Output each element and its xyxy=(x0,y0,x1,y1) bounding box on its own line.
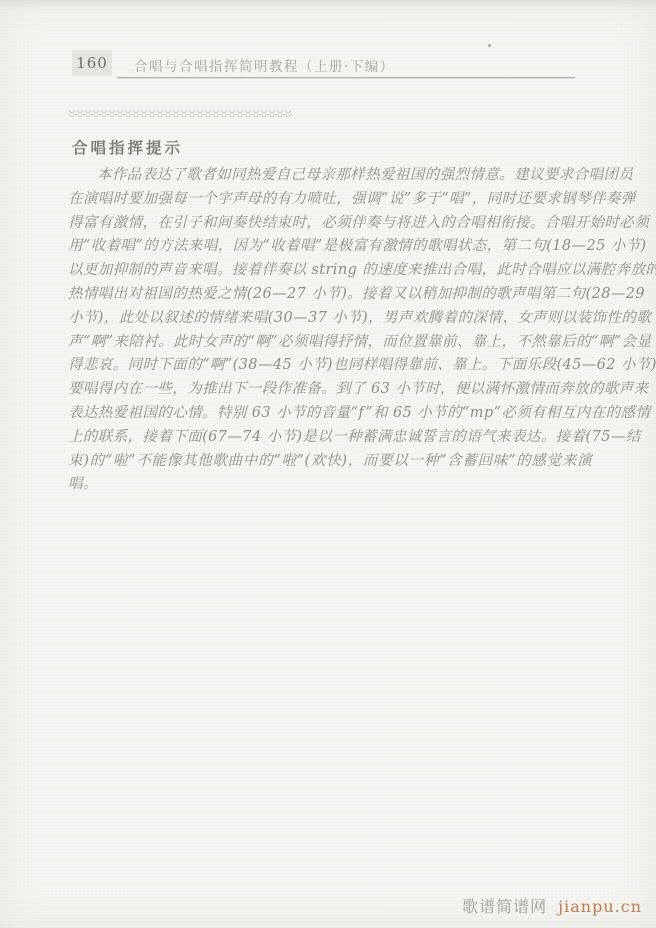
book-page: 160 合唱与合唱指挥简明教程（上册·下编） 合唱指挥提示 本作品表达了歌者如同… xyxy=(0,0,656,928)
book-title: 合唱与合唱指挥简明教程（上册·下编） xyxy=(134,55,395,75)
header-rule xyxy=(117,77,575,78)
watermark-site-url[interactable]: jianpu.cn xyxy=(558,897,642,916)
paragraph-line: 本作品表达了歌者如同热爱自己母亲那样热爱祖国的强烈情意。建议要求合唱团员 xyxy=(68,164,592,188)
paragraph-line: 得富有激情，在引子和间奏快结束时，必须伴奏与将进入的合唱相衔接。合唱开始时必须 xyxy=(68,212,592,236)
paragraph-line: 表达热爱祖国的心情。特别 63 小节的音量“f”和 65 小节的“mp”必须有相… xyxy=(68,402,592,426)
paragraph-line: 热情唱出对祖国的热爱之情(26—27 小节)。接着又以稍加抑制的歌声唱第二句(2… xyxy=(68,283,592,307)
paragraph-line: 用“收着唱”的方法来唱，因为“收着唱”是极富有激情的歌唱状态，第二句(18—25… xyxy=(68,235,592,259)
section-heading: 合唱指挥提示 xyxy=(72,136,183,158)
paragraph-line: 上的联系，接着下面(67—74 小节)是以一种蓄满忠诚誓言的语气来表达。接着(7… xyxy=(68,426,592,450)
watermark: 歌谱简谱网 jianpu.cn xyxy=(462,894,642,917)
paragraph-line: 得悲哀。同时下面的“啊”(38—45 小节)也同样唱得靠前、靠上。下面乐段(45… xyxy=(68,354,592,378)
paragraph-line: 要唱得内在一些，为推出下一段作准备。到了 63 小节时，便以满怀激情而奔放的歌声… xyxy=(68,378,592,402)
paragraph-line: 声“啊”来陪衬。此时女声的“啊”必须唱得抒情，而位置靠前、靠上，不然靠后的“啊”… xyxy=(68,331,592,355)
page-number-badge: 160 xyxy=(72,50,112,76)
scan-edge xyxy=(0,0,656,9)
paragraph-line: 小节)，此处以叙述的情绪来唱(30—37 小节)，男声欢腾着的深情、女声则以装饰… xyxy=(68,307,592,331)
watermark-site-name: 歌谱简谱网 xyxy=(462,897,547,916)
paragraph-line: 在演唱时要加强每一个字声母的有力喷吐，强调“说”多于“唱”，同时还要求钢琴伴奏弹 xyxy=(68,188,592,212)
scan-speck xyxy=(488,44,491,47)
paragraph-line: 束)的“啦”不能像其他歌曲中的“啦”(欢快)，而要以一种“含蓄回味”的感觉来演唱… xyxy=(68,450,592,498)
paragraph-line: 以更加抑制的声音来唱。接着伴奏以 string 的速度来推出合唱，此时合唱应以满… xyxy=(68,259,592,283)
body-paragraph: 本作品表达了歌者如同热爱自己母亲那样热爱祖国的强烈情意。建议要求合唱团员在演唱时… xyxy=(68,164,592,497)
decorative-wavy-line xyxy=(68,110,292,117)
